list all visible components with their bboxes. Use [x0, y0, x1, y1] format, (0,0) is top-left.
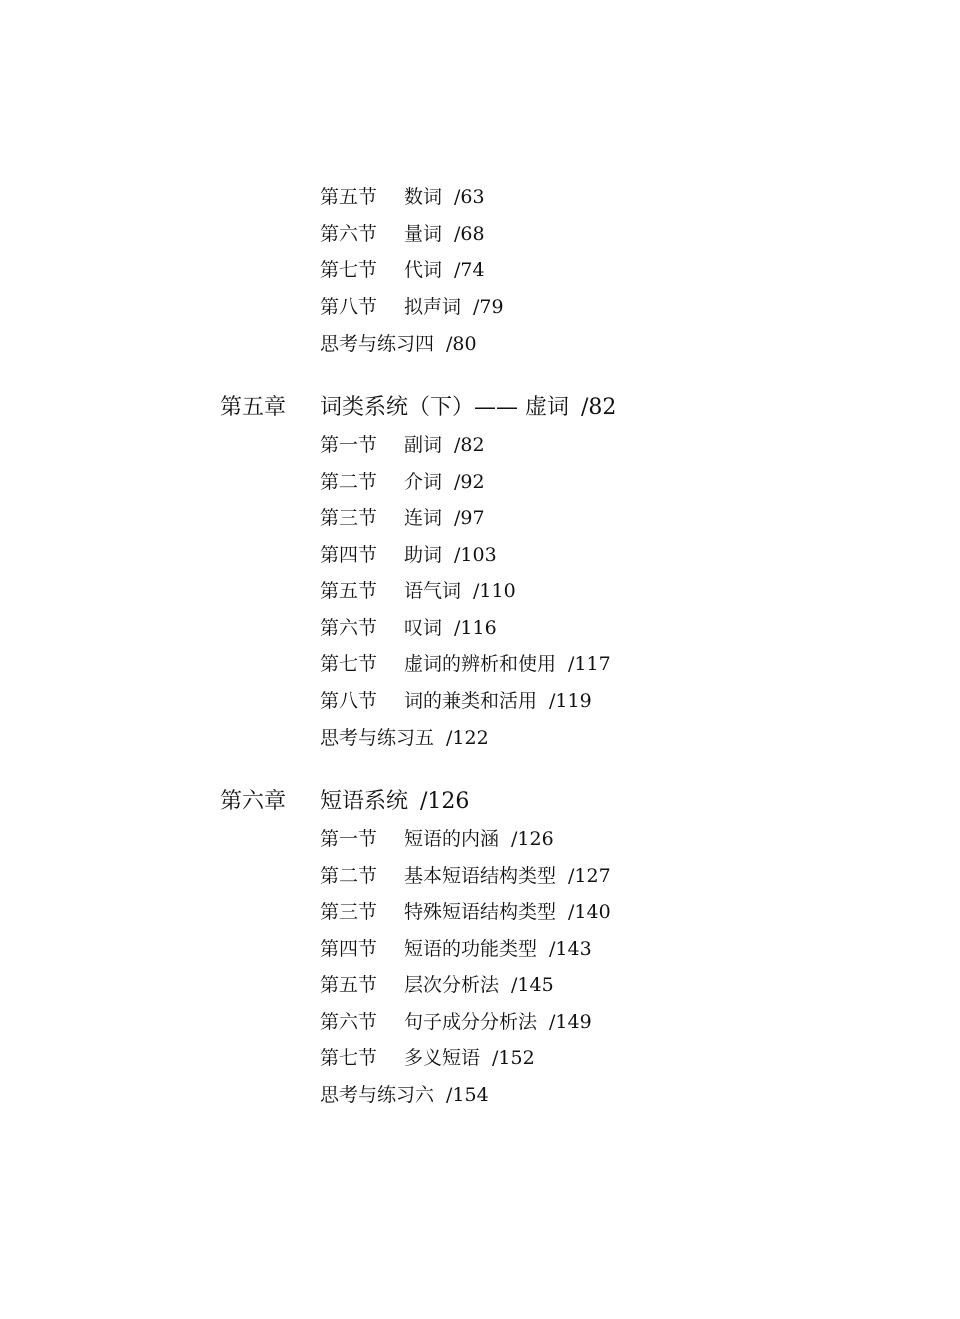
entry-title: 副词: [404, 434, 442, 456]
entry-title: 短语的内涵: [404, 828, 499, 850]
toc-section-entry: 第七节多义短语/152: [320, 1049, 535, 1068]
entry-label: 第六章: [220, 791, 320, 813]
toc-section-entry: 第七节代词/74: [320, 261, 485, 280]
toc-section-entry: 第三节连词/97: [320, 509, 485, 528]
entry-title: 思考与练习六: [320, 1084, 434, 1106]
toc-exercise-entry: 思考与练习四/80: [320, 335, 477, 354]
entry-page-number: /140: [568, 901, 611, 923]
entry-title: 连词: [404, 507, 442, 529]
entry-title: 介词: [404, 471, 442, 493]
entry-page-number: /79: [473, 296, 504, 318]
entry-label: 第五节: [320, 188, 404, 207]
entry-title: 助词: [404, 544, 442, 566]
entry-label: 第七节: [320, 1049, 404, 1068]
entry-title: 层次分析法: [404, 974, 499, 996]
entry-page-number: /63: [454, 186, 485, 208]
entry-label: 第一节: [320, 436, 404, 455]
entry-page-number: /126: [511, 828, 554, 850]
entry-label: 第六节: [320, 619, 404, 638]
toc-section-entry: 第四节助词/103: [320, 546, 497, 565]
entry-label: 第四节: [320, 940, 404, 959]
entry-page-number: /103: [454, 544, 497, 566]
entry-page-number: /119: [549, 690, 592, 712]
entry-title: 拟声词: [404, 296, 461, 318]
entry-title: 词的兼类和活用: [404, 690, 537, 712]
entry-page-number: /122: [446, 727, 489, 749]
entry-page-number: /74: [454, 259, 485, 281]
entry-label: 第六节: [320, 1013, 404, 1032]
toc-section-entry: 第八节拟声词/79: [320, 298, 504, 317]
entry-title: 量词: [404, 223, 442, 245]
entry-label: 第三节: [320, 509, 404, 528]
entry-title: 词类系统（下）—— 虚词: [320, 395, 569, 420]
entry-label: 第四节: [320, 546, 404, 565]
entry-title: 思考与练习五: [320, 727, 434, 749]
entry-page-number: /149: [549, 1011, 592, 1033]
entry-label: 第五章: [220, 397, 320, 419]
toc-section-entry: 第二节介词/92: [320, 473, 485, 492]
entry-page-number: /117: [568, 653, 611, 675]
entry-title: 短语的功能类型: [404, 938, 537, 960]
entry-page-number: /68: [454, 223, 485, 245]
entry-page-number: /92: [454, 471, 485, 493]
toc-section-entry: 第六节句子成分分析法/149: [320, 1013, 592, 1032]
toc-section-entry: 第五节层次分析法/145: [320, 976, 554, 995]
toc-section-entry: 第五节数词/63: [320, 188, 485, 207]
entry-title: 句子成分分析法: [404, 1011, 537, 1033]
entry-label: 第三节: [320, 903, 404, 922]
entry-title: 虚词的辨析和使用: [404, 653, 556, 675]
entry-page-number: /154: [446, 1084, 489, 1106]
toc-chapter-entry: 第五章词类系统（下）—— 虚词/82: [220, 397, 616, 419]
toc-section-entry: 第六节叹词/116: [320, 619, 497, 638]
toc-chapter-entry: 第六章短语系统/126: [220, 791, 469, 813]
entry-title: 短语系统: [320, 789, 408, 814]
toc-section-entry: 第一节副词/82: [320, 436, 485, 455]
entry-label: 第一节: [320, 830, 404, 849]
toc-section-entry: 第二节基本短语结构类型/127: [320, 867, 611, 886]
toc-section-entry: 第七节虚词的辨析和使用/117: [320, 655, 611, 674]
entry-page-number: /97: [454, 507, 485, 529]
entry-page-number: /82: [454, 434, 485, 456]
entry-label: 第八节: [320, 298, 404, 317]
entry-page-number: /152: [492, 1047, 535, 1069]
toc-exercise-entry: 思考与练习六/154: [320, 1086, 489, 1105]
entry-label: 第二节: [320, 473, 404, 492]
entry-page-number: /127: [568, 865, 611, 887]
entry-title: 特殊短语结构类型: [404, 901, 556, 923]
toc-section-entry: 第五节语气词/110: [320, 582, 516, 601]
entry-page-number: /82: [581, 395, 616, 420]
toc-section-entry: 第六节量词/68: [320, 225, 485, 244]
entry-label: 第五节: [320, 582, 404, 601]
toc-section-entry: 第八节词的兼类和活用/119: [320, 692, 592, 711]
entry-page-number: /80: [446, 333, 477, 355]
entry-label: 第八节: [320, 692, 404, 711]
entry-page-number: /126: [420, 789, 469, 814]
entry-title: 数词: [404, 186, 442, 208]
entry-page-number: /110: [473, 580, 516, 602]
entry-label: 第二节: [320, 867, 404, 886]
entry-label: 第七节: [320, 655, 404, 674]
toc-section-entry: 第一节短语的内涵/126: [320, 830, 554, 849]
entry-title: 叹词: [404, 617, 442, 639]
entry-label: 第五节: [320, 976, 404, 995]
entry-label: 第七节: [320, 261, 404, 280]
toc-section-entry: 第四节短语的功能类型/143: [320, 940, 592, 959]
entry-label: 第六节: [320, 225, 404, 244]
entry-page-number: /145: [511, 974, 554, 996]
entry-page-number: /143: [549, 938, 592, 960]
entry-title: 语气词: [404, 580, 461, 602]
entry-title: 代词: [404, 259, 442, 281]
toc-section-entry: 第三节特殊短语结构类型/140: [320, 903, 611, 922]
entry-page-number: /116: [454, 617, 497, 639]
toc-exercise-entry: 思考与练习五/122: [320, 729, 489, 748]
entry-title: 基本短语结构类型: [404, 865, 556, 887]
entry-title: 多义短语: [404, 1047, 480, 1069]
entry-title: 思考与练习四: [320, 333, 434, 355]
